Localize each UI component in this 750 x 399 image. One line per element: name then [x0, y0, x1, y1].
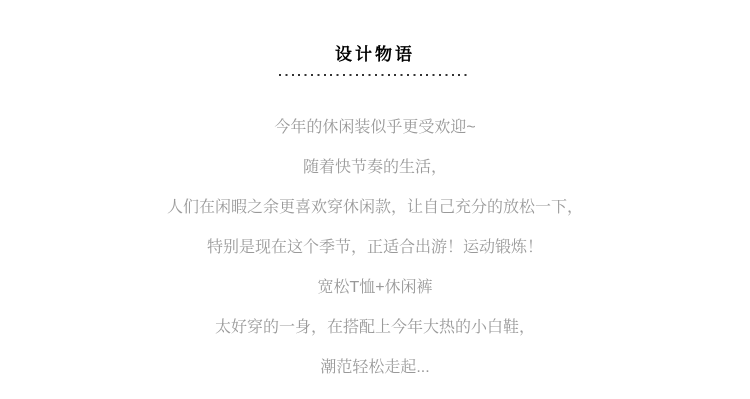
dotted-divider — [279, 74, 471, 76]
body-line: 人们在闲暇之余更喜欢穿休闲款，让自己充分的放松一下， — [0, 188, 750, 228]
body-line: 特别是现在这个季节，正适合出游！运动锻炼！ — [0, 228, 750, 268]
section-title: 设计物语 — [0, 46, 750, 63]
body-line: 今年的休闲装似乎更受欢迎~ — [0, 108, 750, 148]
description-text-block: 今年的休闲装似乎更受欢迎~ 随着快节奏的生活， 人们在闲暇之余更喜欢穿休闲款，让… — [0, 108, 750, 388]
section-header: 设计物语 — [0, 46, 750, 76]
design-story-section: 设计物语 今年的休闲装似乎更受欢迎~ 随着快节奏的生活， 人们在闲暇之余更喜欢穿… — [0, 0, 750, 399]
body-line: 宽松T恤+休闲裤 — [0, 268, 750, 308]
body-line: 太好穿的一身，在搭配上今年大热的小白鞋， — [0, 308, 750, 348]
body-line: 随着快节奏的生活， — [0, 148, 750, 188]
body-line: 潮范轻松走起... — [0, 348, 750, 388]
